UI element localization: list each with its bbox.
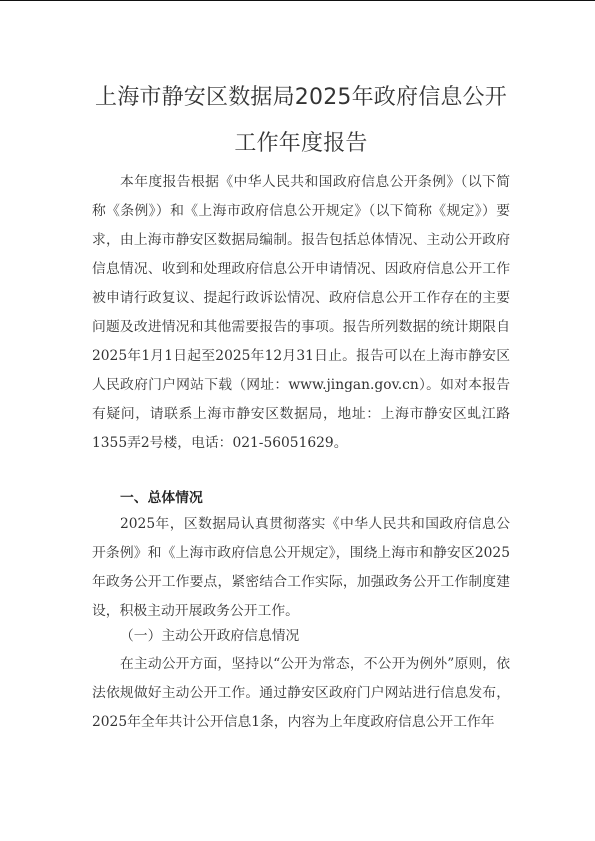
subsection-heading-proactive-disclosure: （一）主动公开政府信息情况 <box>120 624 299 644</box>
report-title-line-1: 上海市静安区数据局2025年政府信息公开 <box>78 80 524 111</box>
overview-paragraph: 2025年，区数据局认真贯彻落实《中华人民共和国政府信息公开条例》和《上海市政府… <box>92 510 510 626</box>
page-top-border <box>0 0 595 1</box>
intro-paragraph: 本年度报告根据《中华人民共和国政府信息公开条例》（以下简称《条例》）和《上海市政… <box>92 168 510 458</box>
proactive-disclosure-paragraph: 在主动公开方面，坚持以“公开为常态，不公开为例外”原则，依法依规做好主动公开工作… <box>92 650 510 737</box>
section-heading-overview: 一、总体情况 <box>120 486 203 506</box>
report-title-line-2: 工作年度报告 <box>92 126 510 157</box>
